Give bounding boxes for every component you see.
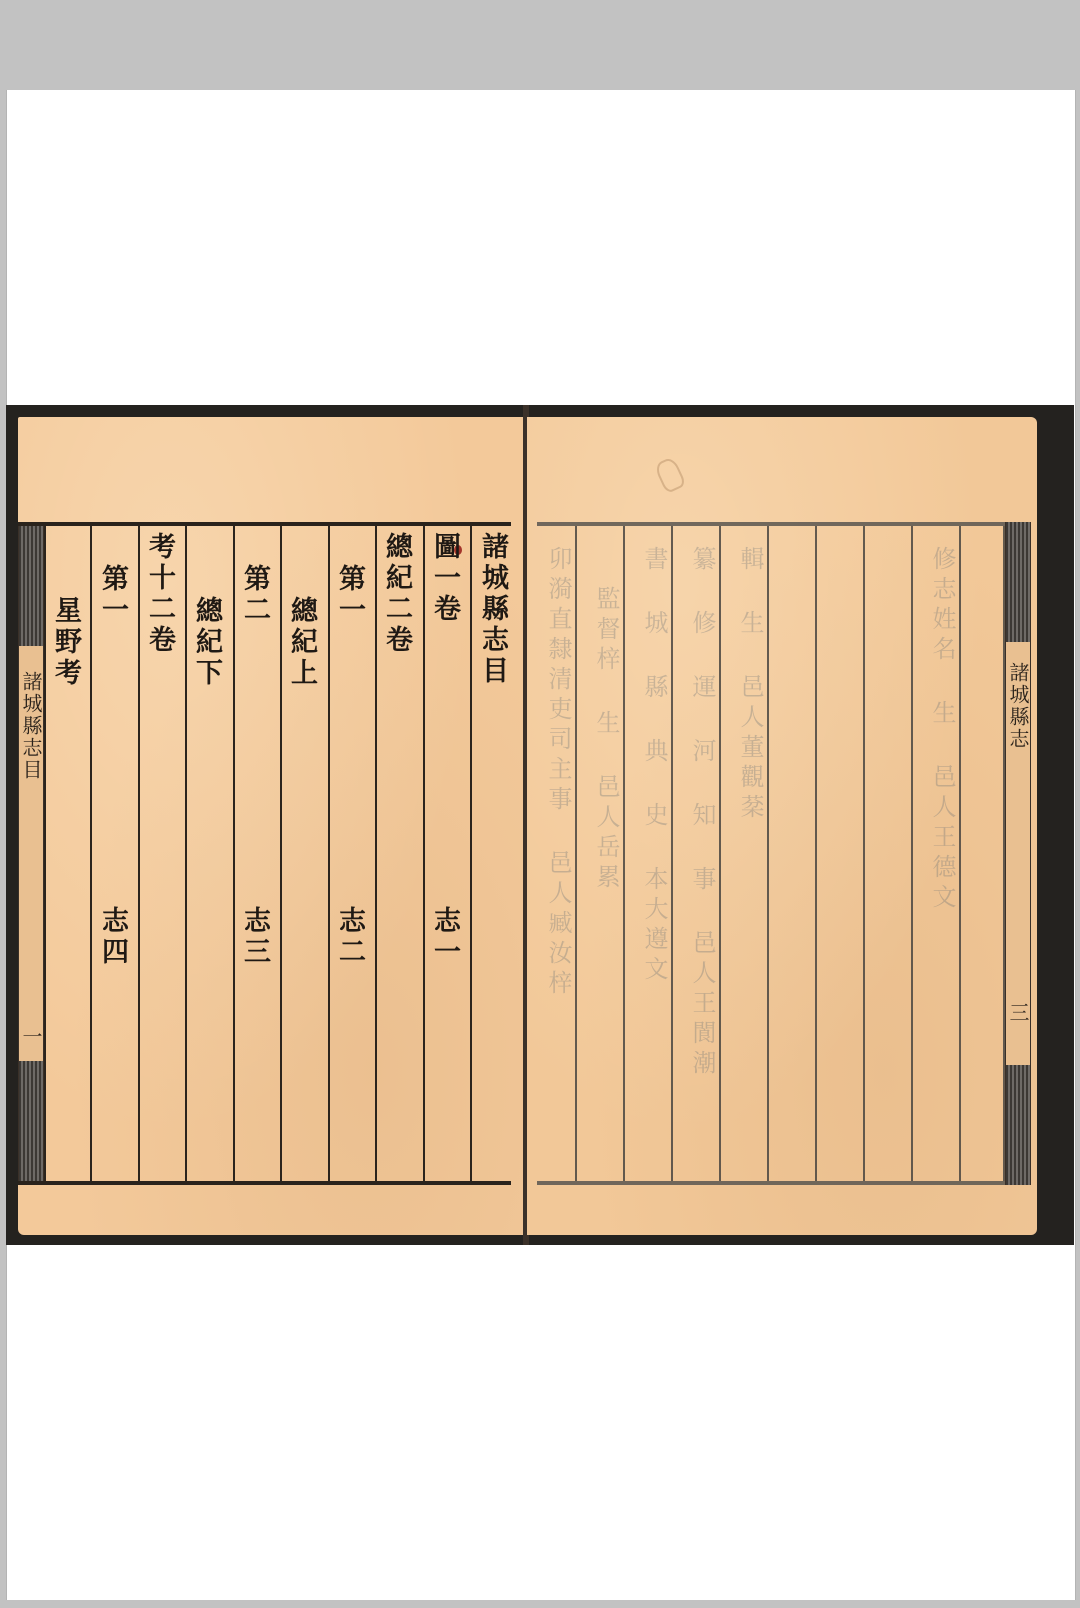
show-through-text: 纂 修 運 河 知 事 邑人王閬潮 bbox=[687, 546, 717, 1146]
column-rule bbox=[623, 526, 625, 1181]
toc-title: 諸城縣志目 bbox=[476, 532, 508, 687]
column-rule bbox=[470, 526, 472, 1181]
left-banxin-label: 諸城縣志目 bbox=[19, 671, 43, 781]
fish-tail-top-icon bbox=[19, 526, 43, 646]
toc-entry: 總紀二卷 bbox=[380, 532, 412, 656]
show-through-text: 修志姓名 生 邑人王德文 bbox=[927, 546, 957, 1146]
column-rule bbox=[815, 526, 817, 1181]
column-rule bbox=[719, 526, 721, 1181]
show-through-text: 卯漪直隸清吏司主事 邑人臧汝梓 bbox=[543, 546, 573, 1146]
right-page: 卯漪直隸清吏司主事 邑人臧汝梓 監督梓 生 邑人岳累 書 城 縣 典 史 本大遵… bbox=[527, 417, 1037, 1235]
show-through-text: 輯 生 邑人董觀棻 bbox=[735, 546, 765, 1146]
right-banxin: 諸城縣志 三 bbox=[1005, 522, 1031, 1185]
toc-entry: 第一 bbox=[96, 564, 128, 626]
left-banxin-page-number: 一 bbox=[19, 1026, 43, 1048]
column-rule bbox=[138, 526, 140, 1181]
toc-entry-section: 志二 bbox=[333, 906, 365, 968]
toc-entry: 總紀下 bbox=[190, 596, 222, 689]
right-banxin-page-number: 三 bbox=[1006, 1002, 1030, 1024]
column-rule bbox=[185, 526, 187, 1181]
column-rule bbox=[44, 526, 46, 1181]
toc-entry-section: 志一 bbox=[428, 906, 460, 968]
column-rule bbox=[328, 526, 330, 1181]
column-rule bbox=[375, 526, 377, 1181]
toc-entry: 考十二卷 bbox=[143, 532, 175, 656]
fish-tail-bottom-icon bbox=[1006, 1065, 1030, 1185]
column-rule bbox=[423, 526, 425, 1181]
left-banxin: 諸城縣志目 一 bbox=[18, 526, 44, 1181]
column-rule bbox=[863, 526, 865, 1181]
toc-entry-section: 志三 bbox=[238, 906, 270, 968]
right-banxin-label: 諸城縣志 bbox=[1006, 662, 1030, 750]
show-through-text: 書 城 縣 典 史 本大遵文 bbox=[639, 546, 669, 1146]
seal-emboss-mark bbox=[653, 456, 686, 494]
toc-entry-section: 志四 bbox=[96, 906, 128, 968]
left-page-grid: 諸城縣志目 一 諸城縣志目 圖一卷 志一 總紀二卷 第一 志二 總紀上 第二 bbox=[18, 522, 511, 1185]
left-page: 諸城縣志目 一 諸城縣志目 圖一卷 志一 總紀二卷 第一 志二 總紀上 第二 bbox=[18, 417, 525, 1235]
right-page-grid: 卯漪直隸清吏司主事 邑人臧汝梓 監督梓 生 邑人岳累 書 城 縣 典 史 本大遵… bbox=[537, 522, 1025, 1185]
column-rule bbox=[911, 526, 913, 1181]
show-through-text: 監督梓 生 邑人岳累 bbox=[591, 586, 621, 1146]
column-rule bbox=[90, 526, 92, 1181]
toc-entry: 星野考 bbox=[49, 596, 81, 689]
column-rule bbox=[671, 526, 673, 1181]
toc-entry: 總紀上 bbox=[285, 596, 317, 689]
column-rule bbox=[959, 526, 961, 1181]
toc-entry: 第二 bbox=[238, 564, 270, 626]
fish-tail-bottom-icon bbox=[19, 1061, 43, 1181]
toc-entry: 圖一卷 bbox=[428, 532, 460, 625]
toc-entry: 第一 bbox=[333, 564, 365, 626]
column-rule bbox=[233, 526, 235, 1181]
fish-tail-top-icon bbox=[1006, 522, 1030, 642]
column-rule bbox=[767, 526, 769, 1181]
column-rule bbox=[280, 526, 282, 1181]
column-rule bbox=[575, 526, 577, 1181]
book-scan-image: 諸城縣志目 一 諸城縣志目 圖一卷 志一 總紀二卷 第一 志二 總紀上 第二 bbox=[6, 405, 1074, 1245]
